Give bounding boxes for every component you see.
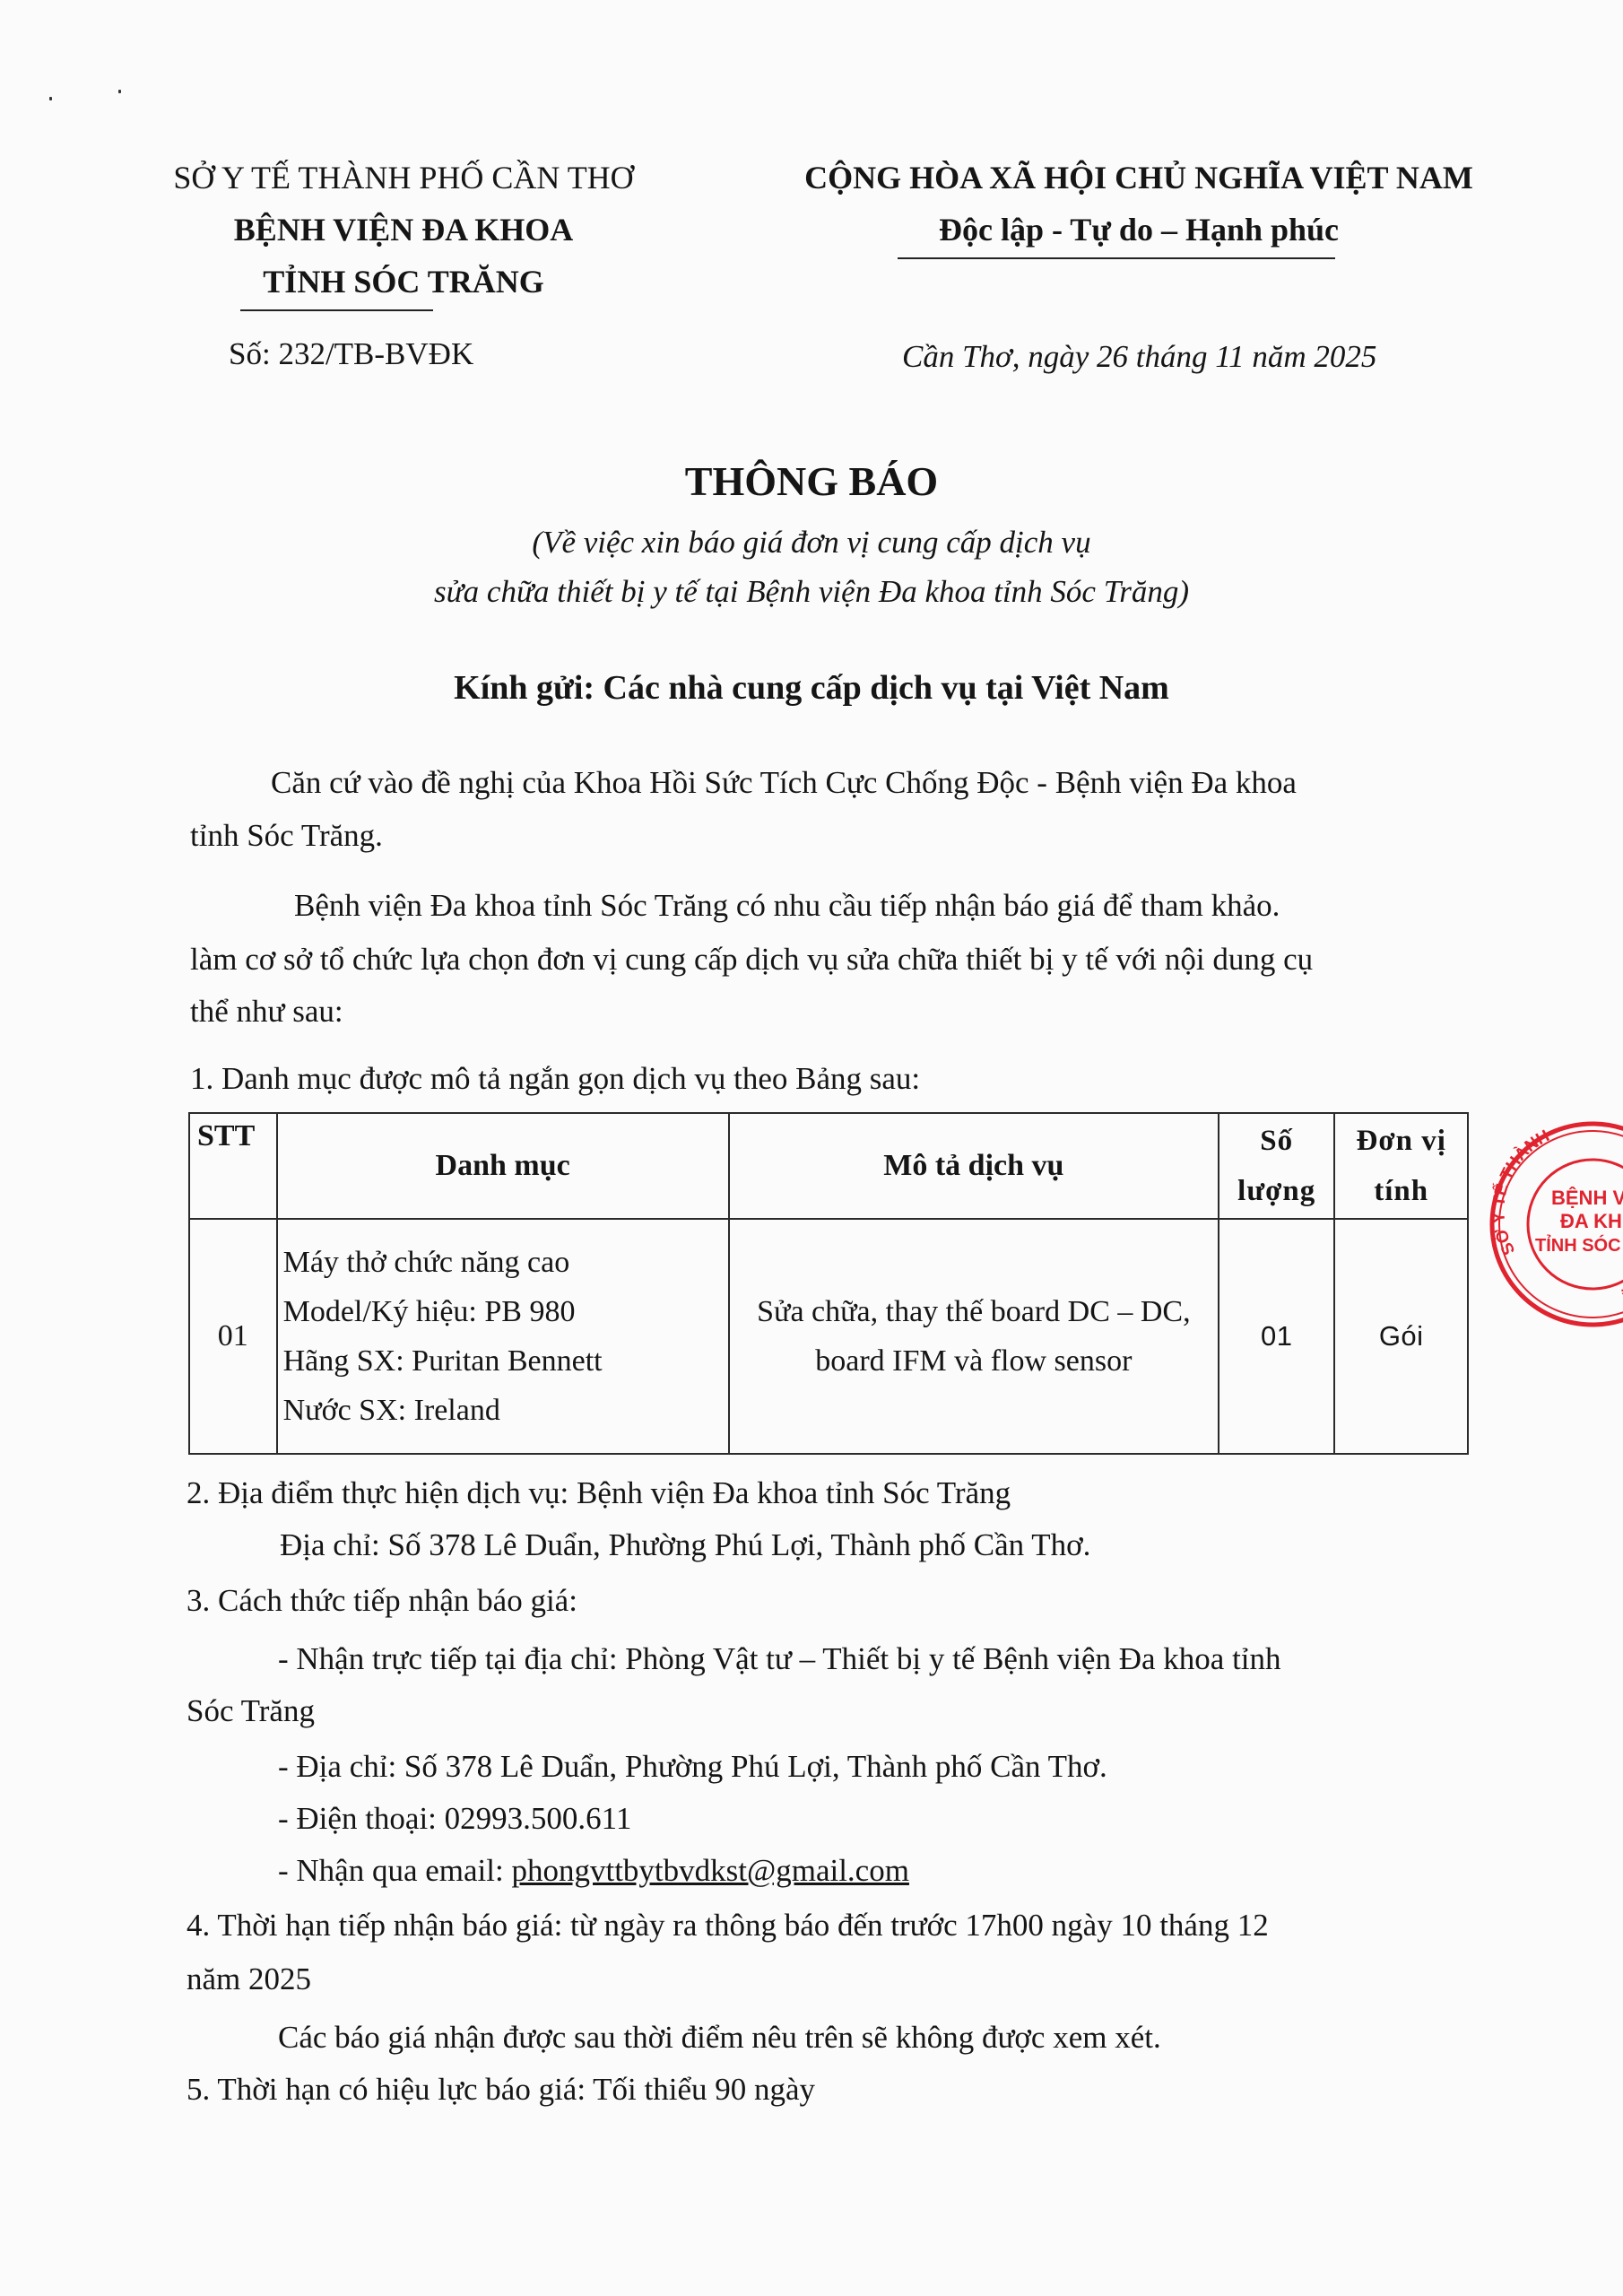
row-stt: 01 — [218, 1319, 248, 1352]
service-desc-line1: Sửa chữa, thay thế board DC – DC, — [730, 1287, 1218, 1336]
svg-text:ĐA KH: ĐA KH — [1560, 1210, 1622, 1232]
motto-underline — [898, 257, 1335, 259]
national-motto: Độc lập - Tự do – Hạnh phúc — [735, 213, 1542, 246]
header-don-vi-line2: tính — [1335, 1166, 1467, 1216]
section-4-deadline-line2: năm 2025 — [187, 1961, 311, 1997]
header-stt-label: STT — [197, 1119, 255, 1152]
header-stt: STT — [189, 1113, 277, 1219]
section-3-phone: - Điện thoại: 02993.500.611 — [278, 1801, 631, 1837]
section-3-direct-line1: - Nhận trực tiếp tại địa chỉ: Phòng Vật … — [278, 1641, 1281, 1677]
document-title: THÔNG BÁO — [0, 457, 1623, 505]
basis-paragraph-line2: tỉnh Sóc Trăng. — [190, 818, 383, 854]
cell-stt: 01 — [189, 1219, 277, 1454]
section-1-heading: 1. Danh mục được mô tả ngắn gọn dịch vụ … — [190, 1061, 920, 1097]
basis-paragraph-line1: Căn cứ vào đề nghị của Khoa Hồi Sức Tích… — [271, 765, 1297, 801]
scan-speck — [118, 90, 121, 93]
device-manufacturer: Hãng SX: Puritan Bennett — [283, 1336, 728, 1386]
row-unit: Gói — [1379, 1320, 1424, 1352]
recipient-line: Kính gửi: Các nhà cung cấp dịch vụ tại V… — [0, 668, 1623, 708]
device-model: Model/Ký hiệu: PB 980 — [283, 1287, 728, 1336]
place-and-date: Cần Thơ, ngày 26 tháng 11 năm 2025 — [902, 339, 1376, 375]
header-danh-muc: Danh mục — [277, 1113, 729, 1219]
svg-text:BỆNH VI: BỆNH VI — [1551, 1187, 1623, 1209]
document-subtitle-line1: (Về việc xin báo giá đơn vị cung cấp dịc… — [0, 525, 1623, 561]
hospital-name-line2: TỈNH SÓC TRĂNG — [135, 265, 673, 298]
cell-danh-muc: Máy thở chức năng cao Model/Ký hiệu: PB … — [277, 1219, 729, 1454]
section-3-email-line: - Nhận qua email: phongvttbytbvdkst@gmai… — [278, 1853, 909, 1889]
device-country: Nước SX: Ireland — [283, 1386, 728, 1435]
section-4-deadline-line1: 4. Thời hạn tiếp nhận báo giá: từ ngày r… — [187, 1908, 1269, 1944]
section-5-validity: 5. Thời hạn có hiệu lực báo giá: Tối thi… — [187, 2072, 815, 2108]
document-number: Số: 232/TB-BVĐK — [229, 336, 473, 372]
cell-don-vi: Gói — [1334, 1219, 1468, 1454]
table-header-row: STT Danh mục Mô tả dịch vụ Số lượng Đơn … — [189, 1113, 1468, 1219]
header-don-vi-line1: Đơn vị — [1335, 1116, 1467, 1166]
section-2-location: 2. Địa điểm thực hiện dịch vụ: Bệnh viện… — [187, 1475, 1011, 1511]
official-seal-stamp: SỞ Y TẾ THÀNH BỆNH VI ĐA KH TỈNH SÓC T * — [1478, 1117, 1623, 1332]
purpose-paragraph-line3: thể như sau: — [190, 994, 343, 1030]
scan-speck — [49, 97, 52, 100]
section-3-heading: 3. Cách thức tiếp nhận báo giá: — [187, 1583, 577, 1619]
issuing-agency-block: SỞ Y TẾ THÀNH PHỐ CẦN THƠ BỆNH VIỆN ĐA K… — [135, 161, 673, 298]
nation-title: CỘNG HÒA XÃ HỘI CHỦ NGHĨA VIỆT NAM — [735, 161, 1542, 194]
header-so-luong-line1: Số — [1219, 1116, 1333, 1166]
cell-so-luong: 01 — [1219, 1219, 1334, 1454]
table-row: 01 Máy thở chức năng cao Model/Ký hiệu: … — [189, 1219, 1468, 1454]
email-label: - Nhận qua email: — [278, 1853, 511, 1888]
section-3-address: - Địa chỉ: Số 378 Lê Duẩn, Phường Phú Lợ… — [278, 1749, 1107, 1785]
service-desc-line2: board IFM và flow sensor — [730, 1336, 1218, 1386]
service-table: STT Danh mục Mô tả dịch vụ Số lượng Đơn … — [188, 1112, 1469, 1455]
row-quantity: 01 — [1261, 1320, 1292, 1352]
purpose-paragraph-line1: Bệnh viện Đa khoa tỉnh Sóc Trăng có nhu … — [294, 888, 1280, 924]
header-so-luong: Số lượng — [1219, 1113, 1334, 1219]
hospital-name-line1: BỆNH VIỆN ĐA KHOA — [135, 213, 673, 246]
section-4-note: Các báo giá nhận được sau thời điểm nêu … — [278, 2020, 1161, 2056]
section-2-address: Địa chỉ: Số 378 Lê Duẩn, Phường Phú Lợi,… — [280, 1527, 1090, 1563]
header-danh-muc-label: Danh mục — [436, 1149, 570, 1182]
national-header-block: CỘNG HÒA XÃ HỘI CHỦ NGHĨA VIỆT NAM Độc l… — [735, 161, 1542, 246]
purpose-paragraph-line2: làm cơ sở tổ chức lựa chọn đơn vị cung c… — [190, 942, 1313, 978]
document-subtitle-line2: sửa chữa thiết bị y tế tại Bệnh viện Đa … — [0, 574, 1623, 610]
device-name: Máy thở chức năng cao — [283, 1238, 728, 1287]
header-don-vi: Đơn vị tính — [1334, 1113, 1468, 1219]
cell-mo-ta: Sửa chữa, thay thế board DC – DC, board … — [729, 1219, 1219, 1454]
stamp-ring-text: SỞ Y TẾ THÀNH — [1489, 1126, 1552, 1257]
header-mo-ta-label: Mô tả dịch vụ — [883, 1149, 1063, 1182]
header-left-underline — [240, 309, 433, 311]
header-so-luong-line2: lượng — [1219, 1166, 1333, 1216]
header-mo-ta: Mô tả dịch vụ — [729, 1113, 1219, 1219]
email-link[interactable]: phongvttbytbvdkst@gmail.com — [511, 1853, 908, 1888]
svg-text:TỈNH SÓC T: TỈNH SÓC T — [1535, 1234, 1623, 1256]
agency-name: SỞ Y TẾ THÀNH PHỐ CẦN THƠ — [135, 161, 673, 194]
section-3-direct-line2: Sóc Trăng — [187, 1693, 315, 1729]
